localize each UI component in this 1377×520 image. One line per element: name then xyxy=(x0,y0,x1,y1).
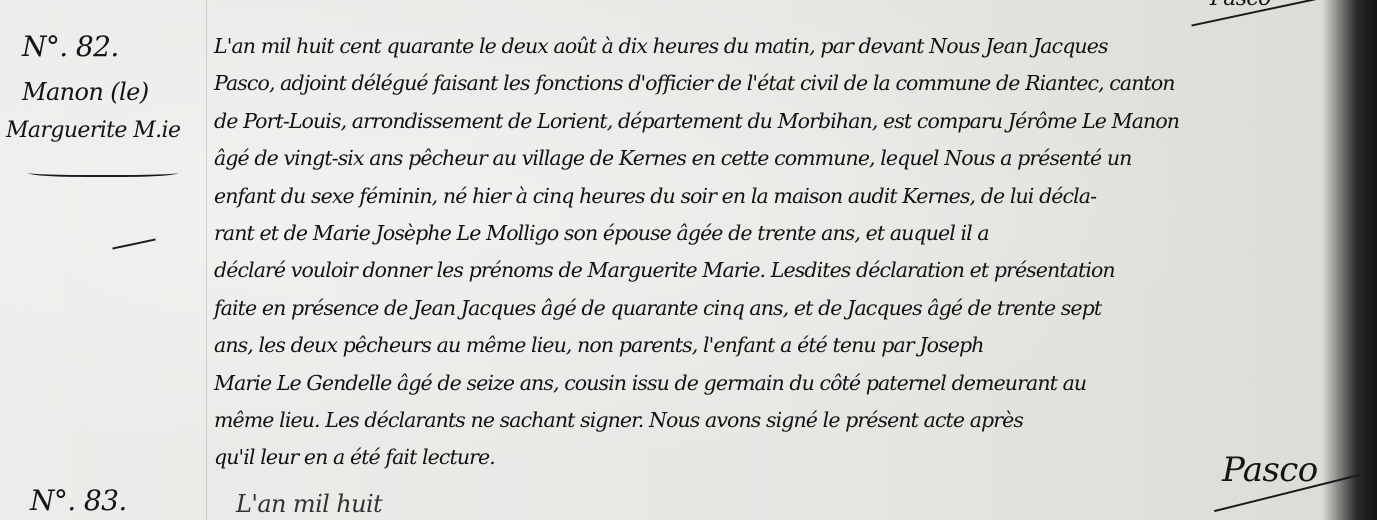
previous-entry-signature: Pasco xyxy=(1210,0,1271,11)
officer-signature: Pasco xyxy=(1222,450,1318,490)
entry-line: Pasco, adjoint délégué faisant les fonct… xyxy=(206,65,1346,102)
next-entry-number: N°. 83. xyxy=(30,484,127,517)
entry-line: de Port-Louis, arrondissement de Lorient… xyxy=(206,103,1346,140)
next-entry-line-start: L'an mil huit xyxy=(236,490,382,518)
entry-line: âgé de vingt-six ans pêcheur au village … xyxy=(206,140,1346,177)
entry-line: déclaré vouloir donner les prénoms de Ma… xyxy=(206,252,1346,289)
entry-line: rant et de Marie Josèphe Le Molligo son … xyxy=(206,215,1346,252)
margin-name-surname: Manon (le) xyxy=(22,78,148,106)
entry-line: même lieu. Les déclarants ne sachant sig… xyxy=(206,402,1346,439)
register-page: Pasco N°. 82. Manon (le) Marguerite M.ie… xyxy=(0,0,1377,520)
margin-name-given: Marguerite M.ie xyxy=(6,118,180,143)
margin-flourish xyxy=(28,167,178,177)
entry-line: qu'il leur en a été fait lecture. xyxy=(206,439,1346,476)
entry-line: enfant du sexe féminin, né hier à cinq h… xyxy=(206,178,1346,215)
margin-dash xyxy=(112,238,155,249)
entry-body: L'an mil huit cent quarante le deux août… xyxy=(206,28,1346,477)
entry-number: N°. 82. xyxy=(22,30,119,63)
entry-line: faite en présence de Jean Jacques âgé de… xyxy=(206,290,1346,327)
entry-line: ans, les deux pêcheurs au même lieu, non… xyxy=(206,327,1346,364)
entry-line: L'an mil huit cent quarante le deux août… xyxy=(206,28,1346,65)
entry-line: Marie Le Gendelle âgé de seize ans, cous… xyxy=(206,365,1346,402)
